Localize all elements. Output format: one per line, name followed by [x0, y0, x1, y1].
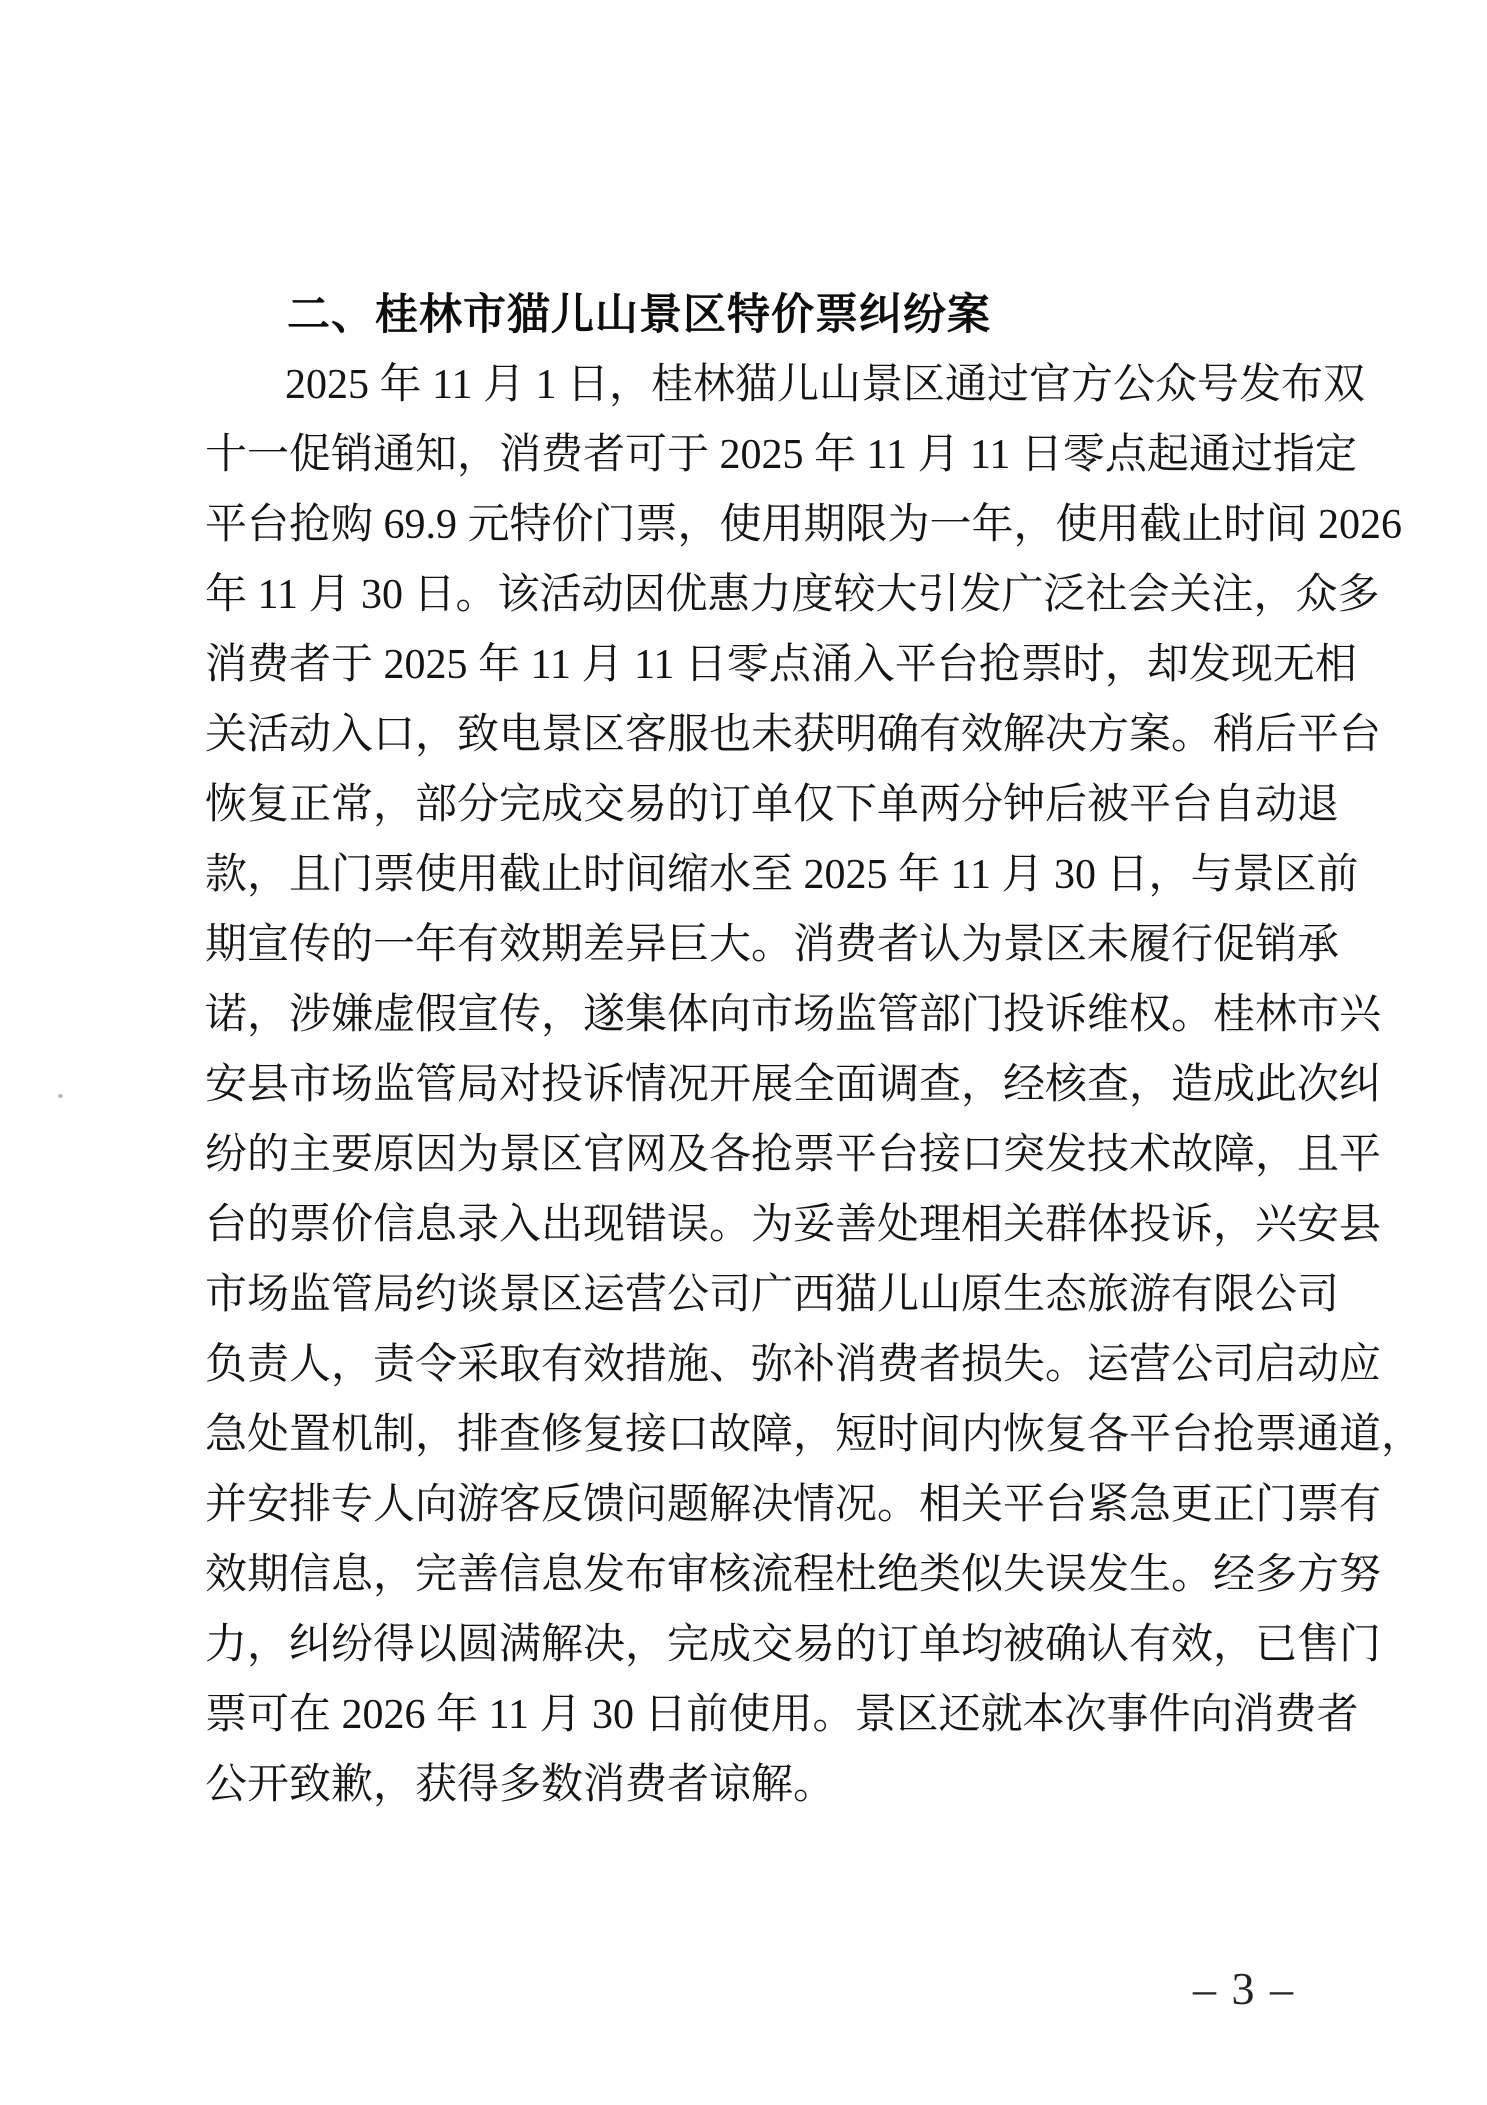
body-line: 效期信息，完善信息发布审核流程杜绝类似失误发生。经多方努 [205, 1540, 1315, 1610]
document-page: 二、桂林市猫儿山景区特价票纠纷案 2025 年 11 月 1 日，桂林猫儿山景区… [0, 0, 1487, 2105]
body-line: 2025 年 11 月 1 日，桂林猫儿山景区通过官方公众号发布双 [205, 350, 1315, 420]
body-line: 纷的主要原因为景区官网及各抢票平台接口突发技术故障，且平 [205, 1120, 1315, 1190]
document-body: 二、桂林市猫儿山景区特价票纠纷案 2025 年 11 月 1 日，桂林猫儿山景区… [205, 280, 1315, 1820]
body-line: 市场监管局约谈景区运营公司广西猫儿山原生态旅游有限公司 [205, 1260, 1315, 1330]
page-number: – 3 – [1193, 1966, 1295, 2012]
body-line: 消费者于 2025 年 11 月 11 日零点涌入平台抢票时，却发现无相 [205, 630, 1315, 700]
body-line: 安县市场监管局对投诉情况开展全面调查，经核查，造成此次纠 [205, 1050, 1315, 1120]
body-line: 票可在 2026 年 11 月 30 日前使用。景区还就本次事件向消费者 [205, 1680, 1315, 1750]
body-line: 台的票价信息录入出现错误。为妥善处理相关群体投诉，兴安县 [205, 1190, 1315, 1260]
body-line: 恢复正常，部分完成交易的订单仅下单两分钟后被平台自动退 [205, 770, 1315, 840]
body-line: 期宣传的一年有效期差异巨大。消费者认为景区未履行促销承 [205, 910, 1315, 980]
body-line: 并安排专人向游客反馈问题解决情况。相关平台紧急更正门票有 [205, 1470, 1315, 1540]
body-line: 急处置机制，排查修复接口故障，短时间内恢复各平台抢票通道， [205, 1400, 1315, 1470]
body-line: 关活动入口，致电景区客服也未获明确有效解决方案。稍后平台 [205, 700, 1315, 770]
body-line: 公开致歉，获得多数消费者谅解。 [205, 1750, 1315, 1820]
scan-speck [58, 1094, 63, 1098]
body-line: 力，纠纷得以圆满解决，完成交易的订单均被确认有效，已售门 [205, 1610, 1315, 1680]
section-heading: 二、桂林市猫儿山景区特价票纠纷案 [287, 280, 1315, 350]
body-line: 负责人，责令采取有效措施、弥补消费者损失。运营公司启动应 [205, 1330, 1315, 1400]
body-line: 诺，涉嫌虚假宣传，遂集体向市场监管部门投诉维权。桂林市兴 [205, 980, 1315, 1050]
body-line: 款，且门票使用截止时间缩水至 2025 年 11 月 30 日，与景区前 [205, 840, 1315, 910]
body-line: 年 11 月 30 日。该活动因优惠力度较大引发广泛社会关注，众多 [205, 560, 1315, 630]
body-line: 平台抢购 69.9 元特价门票，使用期限为一年，使用截止时间 2026 [205, 490, 1315, 560]
body-line: 十一促销通知，消费者可于 2025 年 11 月 11 日零点起通过指定 [205, 420, 1315, 490]
